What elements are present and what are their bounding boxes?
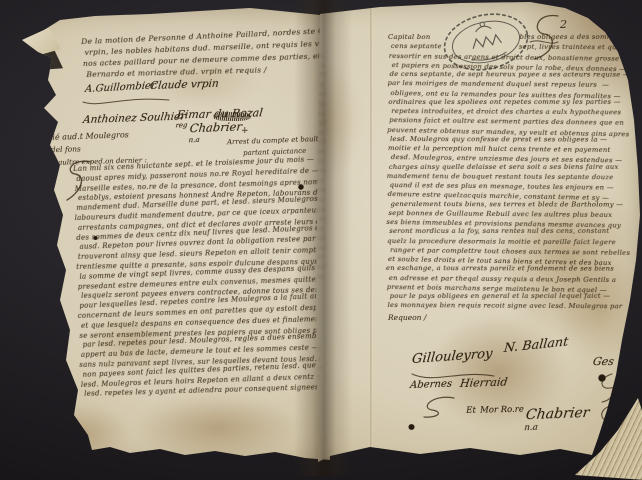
signature-gillouleyroy: Gillouleyroy <box>411 346 493 367</box>
left-opening-paragraph: De la motion de Personne d Anthoine Pail… <box>83 28 324 80</box>
handwriting-line: en eschange, a tous arrests pareilz et f… <box>0 406 21 416</box>
signature-claude-vrpin: Claude vrpin <box>149 78 219 92</box>
ink-blot <box>598 374 606 382</box>
handwriting-line: ranger et par complettre tout choses aux… <box>0 387 19 397</box>
handwriting-line: charges ainsy quelle delaisse et sera so… <box>389 162 631 171</box>
handwriting-line: quelz la procedure desormais la moitie e… <box>0 377 21 387</box>
handwriting-line: peuvent estre obtenus sur mandes, sy veu… <box>0 262 21 272</box>
handwriting-line: Capital bon bles obligees a des sommes e… <box>0 166 21 176</box>
signature-ballant: N. Ballant <box>503 333 569 355</box>
ink-blot <box>93 236 98 240</box>
signature-suffix: n.a <box>188 135 200 144</box>
handwriting-line: ressortir en sus des argens et droict de… <box>0 185 21 195</box>
manuscript-scan: Capital bon bles obligees a des sommes e… <box>0 0 642 480</box>
bleed-through-text: Capital bon bles obligees a des sommes e… <box>0 166 21 438</box>
handwriting-line: en adresse et par theqal aussy requis a … <box>0 415 20 425</box>
handwriting-line: desd. Moulegros, entre unziesme des jour… <box>0 291 19 301</box>
signature-abernes: Abernes <box>409 379 452 391</box>
handwriting-line: de cens septante, de sept heureux payee … <box>0 204 21 214</box>
handwriting-line: lesd. Moulegros quy confesse de prest et… <box>390 135 632 145</box>
cross-mark: + <box>241 126 249 136</box>
stain <box>35 403 130 465</box>
page-crease <box>370 0 373 474</box>
handwriting-line: sept bonnes de Guillaume Rebuil avec les… <box>0 348 21 358</box>
handwriting-line: lesd. Moulegros quy confesse de prest et… <box>0 271 20 281</box>
handwriting-line: les monnayes bien requis recoit signe av… <box>388 301 630 312</box>
margin-note-expedie: Expedié aud.t Moulegros <box>27 130 129 143</box>
handwriting-line: ses biens immeubles et provisions pendan… <box>0 358 21 368</box>
handwriting-line: ordinaires que les spoliees ont repetes … <box>388 98 630 107</box>
signature-paraph-ges: Ges <box>592 355 615 368</box>
handwriting-line: seront mordicus a la foy, sans rentes nu… <box>0 367 20 377</box>
handwriting-line: charges ainsy quelle delaisse et sera so… <box>0 300 21 310</box>
signature-text: Chabrier <box>189 119 243 135</box>
handwriting-line: present et bois marchans serge maintenu … <box>0 425 21 435</box>
handwriting-line: pour le pays obligees en general et la s… <box>0 434 19 438</box>
left-body-text: Lan mil six cens huictante sept. et le t… <box>75 157 332 400</box>
margin-note-fons: et del fons <box>41 144 81 154</box>
right-page: Lan mil six cens huictante sept. et le t… <box>298 0 642 474</box>
handwriting-line: moitie et la perception mil huict cens t… <box>0 281 21 291</box>
ink-blot <box>408 424 415 430</box>
folio-number: 2 <box>560 18 567 31</box>
handwriting-line: pour le pays obligees en general et la s… <box>390 292 632 301</box>
signature-chabrier-left: Chabrier n.a <box>164 105 244 164</box>
stain <box>135 393 300 463</box>
handwriting-line: et papiers en possession des sols pour l… <box>0 195 19 205</box>
handwriting-line: cens septante sept, livres traintees et … <box>0 175 20 185</box>
signature-hierraid: Hierraid <box>459 375 508 390</box>
signature-chabrier-right: Chabrier n.a <box>494 389 592 457</box>
signature-text: Chabrier <box>525 405 590 423</box>
handwriting-line: demeure estre quelzacquis marchie, const… <box>0 329 21 339</box>
left-page: Capital bon bles obligees a des sommes e… <box>15 8 330 468</box>
handwriting-line: en eschange, a tous arrests pareilz et f… <box>386 264 628 274</box>
ink-blot <box>298 184 304 190</box>
closing-word: Requeon / <box>388 313 426 322</box>
handwriting-line: obligees, ont eu la remandes pour les su… <box>0 224 20 234</box>
right-body-text: Capital bon bles obligees a des sommes e… <box>388 33 632 313</box>
handwriting-line: par les moiriges de mandement duquel ses… <box>0 214 21 224</box>
handwriting-line: et soubz les droits et le tout sans bien… <box>0 396 21 406</box>
handwriting-line: de cens septante, de sept heureux payee … <box>390 70 632 80</box>
ink-blot <box>372 448 382 456</box>
handwriting-line: pensions faict et oultre est serment par… <box>0 252 21 262</box>
handwriting-line: generalement touts biens, ses terres et … <box>390 199 632 209</box>
handwriting-line: seront mordicus a la foy, sans rentes nu… <box>389 227 631 236</box>
signature-guillombier: A.Guillombier <box>84 80 156 95</box>
handwriting-line: ordinaires que les spoliees ont repetes … <box>0 233 21 243</box>
handwriting-line: quand il est de ses plus en mesnage, tou… <box>0 320 20 330</box>
margin-paraph <box>15 126 35 158</box>
handwriting-line: cens septante sept, livres traintees et … <box>391 42 633 53</box>
handwriting-line: mandement tenu de bouquet restant touts … <box>0 310 21 320</box>
signature-text: Et <box>466 406 476 416</box>
handwriting-line: generalement touts biens, ses terres et … <box>0 338 19 348</box>
handwriting-line: repetes introduites, et droict des chart… <box>0 243 19 253</box>
signature-suffix: n.a <box>524 423 539 433</box>
handwriting-line: Capital bon bles obligees a des sommes e… <box>388 33 630 42</box>
